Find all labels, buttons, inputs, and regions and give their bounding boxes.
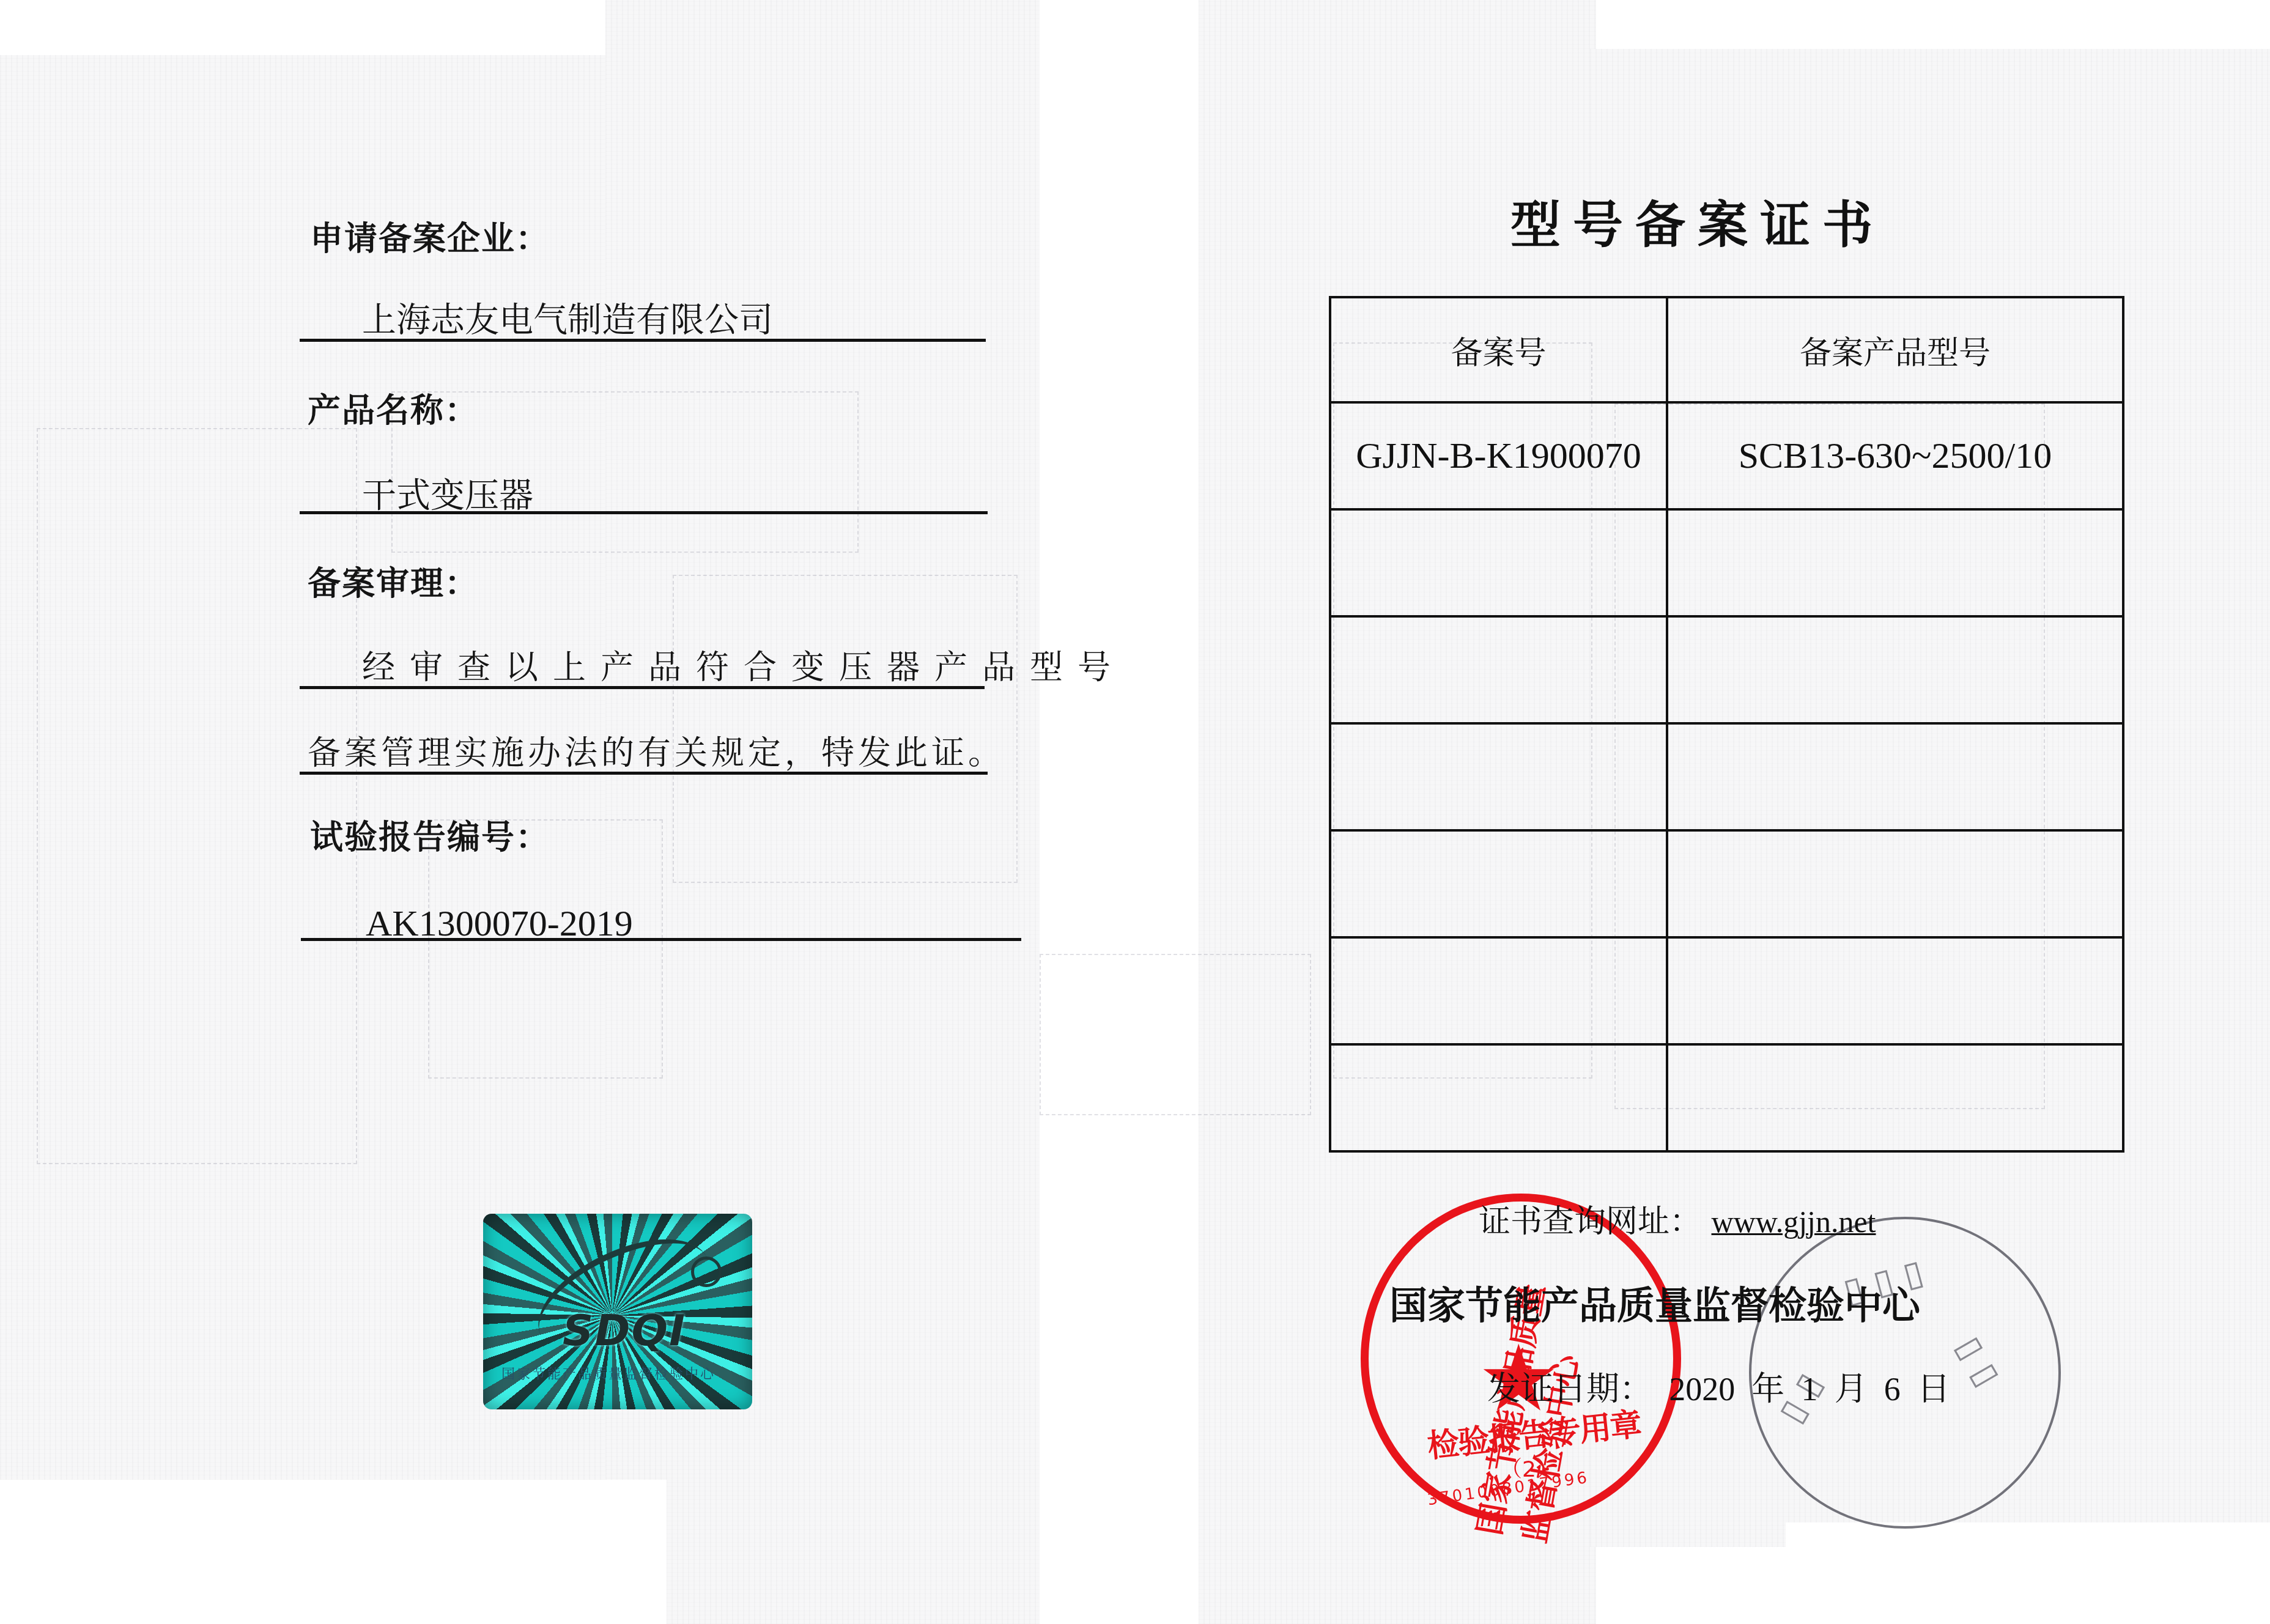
product-model-cell [1667, 1044, 2123, 1151]
applicant-value: 上海志友电气制造有限公司 [362, 303, 773, 338]
product-model-cell [1667, 830, 2123, 937]
issue-date: 发证日期： 2020 年 1 月 6 日 [1487, 1373, 1950, 1406]
test-report-value: AK1300070-2019 [366, 905, 633, 942]
product-name-label: 产品名称： [308, 394, 479, 427]
scan-bottom-gap-left [0, 1480, 667, 1624]
header-registration-number: 备案号 [1330, 297, 1667, 402]
issue-date-month: 1 [1802, 1371, 1818, 1408]
table-row [1330, 616, 2123, 723]
test-report-label: 试验报告编号： [310, 821, 550, 854]
issue-date-month-unit: 月 [1835, 1370, 1868, 1408]
review-label: 备案审理： [308, 567, 479, 600]
certificate-query-line: 证书查询网址： www.gjjn.net [1479, 1206, 1876, 1238]
product-model-cell [1667, 723, 2123, 830]
issue-date-day-unit: 日 [1917, 1370, 1950, 1408]
table-row [1330, 723, 2123, 830]
issue-date-year: 2020 [1669, 1371, 1735, 1408]
registration-table: 备案号 备案产品型号 GJJN-B-K1900070 SCB13-630~250… [1329, 296, 2124, 1153]
table-row [1330, 509, 2123, 616]
applicant-label: 申请备案企业： [310, 223, 550, 256]
table-row [1330, 937, 2123, 1044]
issue-date-year-unit: 年 [1751, 1370, 1784, 1408]
table-row: GJJN-B-K1900070 SCB13-630~2500/10 [1330, 402, 2123, 509]
registration-number-cell: GJJN-B-K1900070 [1330, 402, 1667, 509]
hologram-logo: SDQI [563, 1305, 686, 1356]
scan-fold-gap [1040, 0, 1199, 1624]
registration-number-cell [1330, 723, 1667, 830]
table-row [1330, 830, 2123, 937]
issuing-organization: 国家节能产品质量监督检验中心 [1389, 1287, 1920, 1325]
red-inspection-seal: 国家节能产品质量监督检验中心 ★ 检验报告专用章 （2） 37010080179… [1361, 1194, 1681, 1524]
registration-number-cell [1330, 1044, 1667, 1151]
test-report-underline [301, 938, 1021, 941]
product-model-cell: SCB13-630~2500/10 [1667, 402, 2123, 509]
hologram-circle-icon [691, 1257, 722, 1287]
issue-date-label: 发证日期： [1487, 1370, 1652, 1408]
header-product-model: 备案产品型号 [1667, 297, 2123, 402]
registration-number-cell [1330, 830, 1667, 937]
review-underline-1 [300, 686, 985, 689]
registration-number-cell [1330, 616, 1667, 723]
review-underline-2 [300, 772, 988, 775]
product-name-value: 干式变压器 [362, 479, 533, 513]
url-label: 证书查询网址： [1479, 1203, 1701, 1240]
review-text-line-2: 备案管理实施办法的有关规定，特发此证。 [308, 737, 1005, 770]
review-text-line-1: 经审查以上产品符合变压器产品型号 [362, 651, 1125, 684]
query-url-link[interactable]: www.gjjn.net [1712, 1205, 1876, 1239]
applicant-underline [300, 339, 986, 342]
registration-number-cell [1330, 937, 1667, 1044]
scan-bottom-gap-right [1786, 1523, 2270, 1624]
table-header-row: 备案号 备案产品型号 [1330, 297, 2123, 402]
product-model-cell [1667, 616, 2123, 723]
product-model-cell [1667, 509, 2123, 616]
hologram-caption: 国家节能产品质量监督检验中心 [501, 1364, 715, 1382]
hologram-security-label: SDQI 国家节能产品质量监督检验中心 [483, 1214, 752, 1409]
registration-number-cell [1330, 509, 1667, 616]
certificate-title: 型号备案证书 [1510, 201, 1902, 251]
product-model-cell [1667, 937, 2123, 1044]
issue-date-day: 6 [1884, 1371, 1901, 1408]
product-name-underline [300, 511, 988, 514]
table-row [1330, 1044, 2123, 1151]
